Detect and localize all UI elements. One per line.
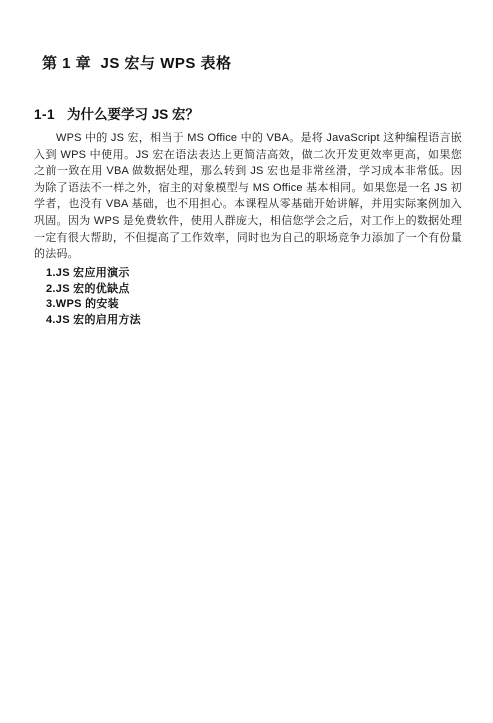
outline-item: 3.WPS 的安装 <box>46 297 462 313</box>
section-number: 1-1 <box>34 106 55 123</box>
document-page: 第 1 章 JS 宏与 WPS 表格 1-1为什么要学习 JS 宏？ WPS 中… <box>0 0 493 723</box>
section-title: 为什么要学习 JS 宏？ <box>67 107 199 122</box>
outline-item: 4.JS 宏的启用方法 <box>46 313 462 329</box>
outline-item: 1.JS 宏应用演示 <box>46 266 462 282</box>
page-content: 第 1 章 JS 宏与 WPS 表格 1-1为什么要学习 JS 宏？ WPS 中… <box>34 55 462 329</box>
section-heading: 1-1为什么要学习 JS 宏？ <box>34 106 462 123</box>
chapter-heading: 第 1 章 JS 宏与 WPS 表格 <box>42 55 462 73</box>
outline-item: 2.JS 宏的优缺点 <box>46 282 462 298</box>
body-paragraph: WPS 中的 JS 宏，相当于 MS Office 中的 VBA。是将 Java… <box>34 130 462 263</box>
course-outline-list: 1.JS 宏应用演示 2.JS 宏的优缺点 3.WPS 的安装 4.JS 宏的启… <box>34 266 462 329</box>
